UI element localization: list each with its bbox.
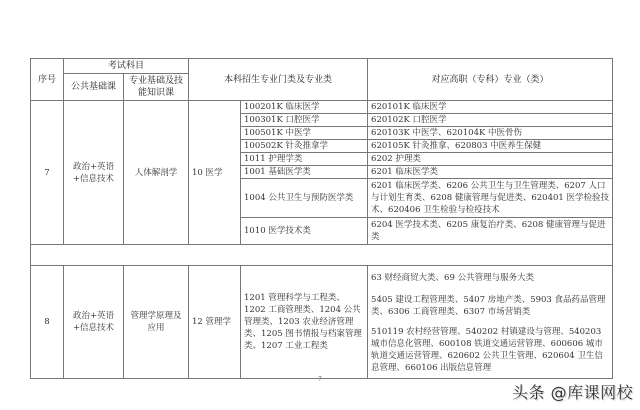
public-course-cell: 政治+英语+信息技术	[64, 266, 124, 379]
header-professional-course: 专业基础及技能知识课	[124, 74, 189, 101]
admission-table: 序号 考试科目 本科招生专业门类及专业类 对应高职（专科）专业（类） 公共基础课…	[30, 58, 613, 379]
professional-course-cell: 人体解剖学	[124, 101, 189, 245]
spacer-row	[31, 245, 613, 266]
vocational-cell: 620102K 口腔医学	[368, 114, 613, 127]
professional-course-cell: 管理学原理及应用	[124, 266, 189, 379]
vocational-cell: 510119 农村经营管理、540202 村镇建设与管理、540203 城市信息…	[368, 322, 613, 379]
undergrad-cell: 100501K 中医学	[241, 127, 368, 140]
spacer-cell	[31, 245, 613, 266]
vocational-cell: 6204 医学技术类、6205 康复治疗类、6208 健康管理与促进类	[368, 218, 613, 245]
public-course-cell: 政治+英语+信息技术	[64, 101, 124, 245]
undergrad-cell: 100502K 针灸推拿学	[241, 140, 368, 153]
vocational-cell: 5405 建设工程管理类、5407 房地产类、5903 食品药品管理类、6306…	[368, 290, 613, 322]
vocational-cell: 620101K 临床医学	[368, 101, 613, 114]
watermark: 头条 @库课网校	[512, 380, 633, 403]
vocational-cell: 63 财经商贸大类、69 公共管理与服务大类	[368, 266, 613, 291]
table-row: 7 政治+英语+信息技术 人体解剖学 10 医学 100201K 临床医学 62…	[31, 101, 613, 114]
undergrad-cell: 100301K 口腔医学	[241, 114, 368, 127]
undergrad-cell: 1010 医学技术类	[241, 218, 368, 245]
undergrad-cell: 100201K 临床医学	[241, 101, 368, 114]
undergrad-cell: 1004 公共卫生与预防医学类	[241, 179, 368, 218]
seq-cell: 7	[31, 101, 64, 245]
category-cell: 10 医学	[189, 101, 241, 245]
vocational-cell: 6201 临床医学类	[368, 166, 613, 179]
vocational-cell: 6202 护理类	[368, 153, 613, 166]
header-vocational-major: 对应高职（专科）专业（类）	[368, 59, 613, 101]
vocational-cell: 620105K 针灸推拿、620803 中医养生保健	[368, 140, 613, 153]
undergrad-cell: 1001 基础医学类	[241, 166, 368, 179]
page-number: 7	[318, 376, 322, 383]
category-cell: 12 管理学	[189, 266, 241, 379]
undergrad-cell: 1201 管理科学与工程类、1202 工商管理类、1204 公共管理类、1203…	[241, 266, 368, 379]
vocational-cell: 620103K 中医学、620104K 中医骨伤	[368, 127, 613, 140]
table-row: 8 政治+英语+信息技术 管理学原理及应用 12 管理学 1201 管理科学与工…	[31, 266, 613, 291]
seq-cell: 8	[31, 266, 64, 379]
vocational-cell: 6201 临床医学类、6206 公共卫生与卫生管理类、6207 人口与计划生育类…	[368, 179, 613, 218]
header-row: 序号 考试科目 本科招生专业门类及专业类 对应高职（专科）专业（类）	[31, 59, 613, 74]
header-seq: 序号	[31, 59, 64, 101]
header-exam-subjects: 考试科目	[64, 59, 189, 74]
header-public-course: 公共基础课	[64, 74, 124, 101]
undergrad-cell: 1011 护理学类	[241, 153, 368, 166]
header-undergrad-category: 本科招生专业门类及专业类	[189, 59, 368, 101]
